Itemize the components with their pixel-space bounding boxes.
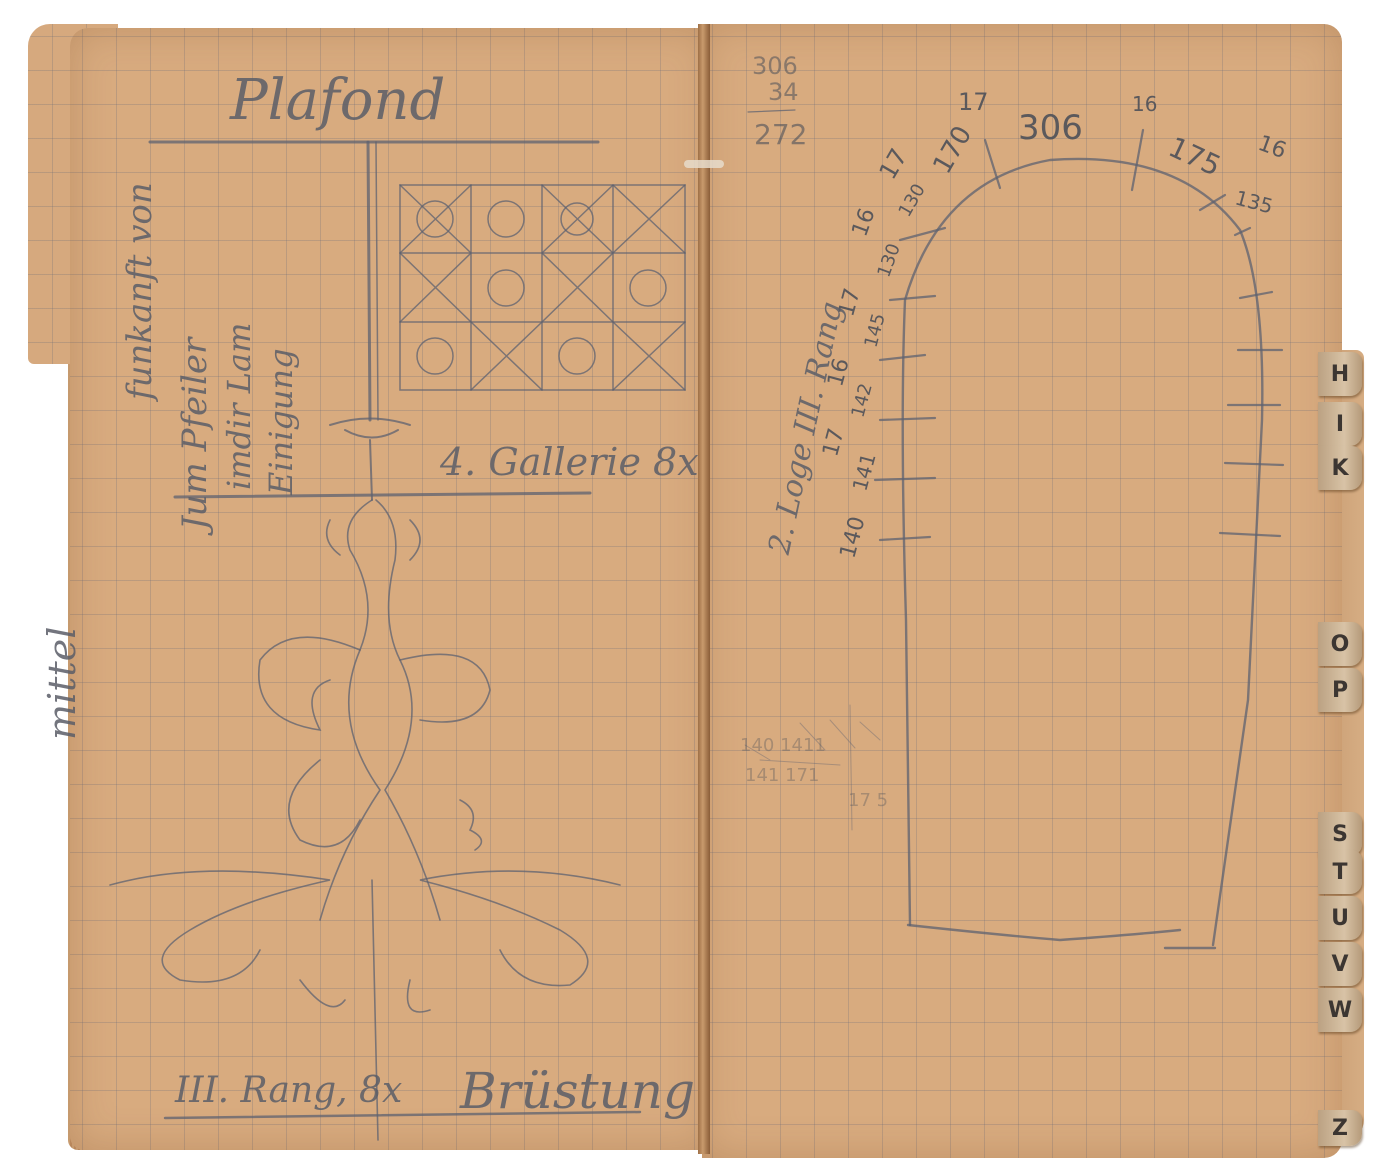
index-tab-t[interactable]: T <box>1318 850 1362 894</box>
index-tab-p[interactable]: P <box>1318 668 1362 712</box>
index-tab-u[interactable]: U <box>1318 896 1362 940</box>
faint-number-1: 140 1411 <box>740 735 826 756</box>
notebook-spread: Plafond mittel funkanft von Jum Pfeiler … <box>0 0 1400 1164</box>
calc-line-1: 306 <box>752 52 798 80</box>
arch-right-mark-1: 16 <box>1132 92 1157 116</box>
vertical-note-line-3: Jum Pfeiler <box>175 338 215 530</box>
vertical-note-line-4: imdir Lam <box>220 323 258 490</box>
arch-top-span: 306 <box>1018 108 1083 148</box>
calc-line-2: 34 <box>768 78 799 106</box>
gallery-label: 4. Gallerie 8x <box>440 440 699 484</box>
vertical-note-line-2: funkanft von <box>120 182 160 400</box>
left-page <box>70 28 710 1150</box>
index-tab-i[interactable]: I <box>1318 402 1362 446</box>
arch-left-mark-1: 17 <box>958 88 989 116</box>
index-tab-v[interactable]: V <box>1318 942 1362 986</box>
faint-number-3: 17 5 <box>848 790 888 811</box>
index-tab-z[interactable]: Z <box>1318 1110 1362 1146</box>
binding-gutter <box>698 24 710 1154</box>
calc-result: 272 <box>754 118 807 151</box>
index-tab-k[interactable]: K <box>1318 446 1362 490</box>
faint-number-2: 141 171 <box>745 765 819 786</box>
vertical-note-line-5: Einigung <box>262 348 300 495</box>
bottom-brustung-label: Brüstung <box>460 1062 695 1120</box>
plafond-title: Plafond <box>230 68 445 133</box>
index-tab-w[interactable]: W <box>1318 988 1362 1032</box>
vertical-note-line-1: mittel <box>40 627 84 740</box>
index-tab-h[interactable]: H <box>1318 352 1362 396</box>
index-tab-o[interactable]: O <box>1318 622 1362 666</box>
binding-stitch <box>684 160 724 168</box>
bottom-rank-label: III. Rang, 8x <box>175 1070 402 1111</box>
